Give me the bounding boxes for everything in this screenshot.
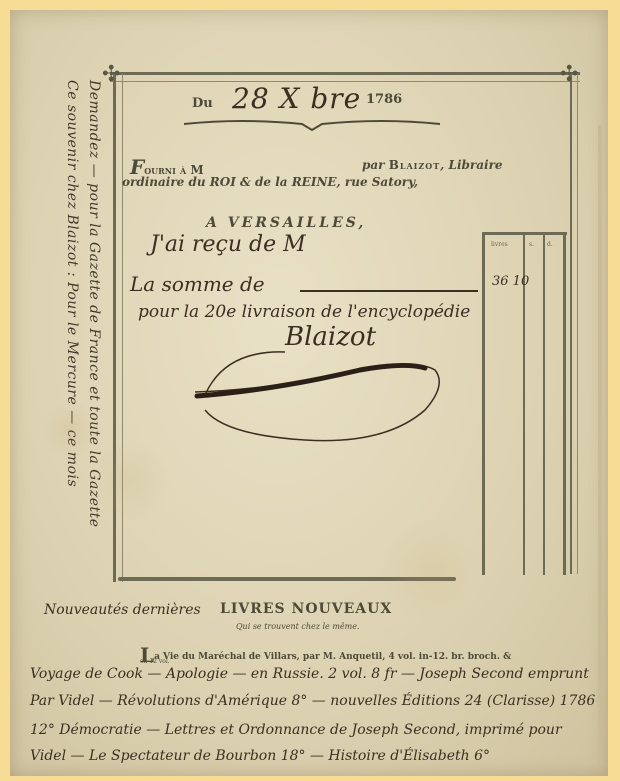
new-books-handwritten-prefix: Nouveautés dernières [44,602,201,618]
frame-right-rule [570,74,578,574]
date-handwritten: 28 X bre [232,82,361,115]
column-header-livres: livres [491,241,508,248]
merchant-title: , Libraire [440,158,502,172]
column-header-sous: s. [529,241,534,248]
handwritten-list-line-4: Videl — Le Spectateur de Bourbon 18° — H… [30,748,490,764]
column-divider [543,235,545,575]
merchant-city: A VERSAILLES, [206,215,366,231]
frame-bottom-rule [118,577,456,581]
column-divider [563,235,566,575]
corner-ornament-icon: ✣ [102,64,120,86]
date-year: 1786 [366,92,402,107]
new-books-heading: LIVRES NOUVEAUX [220,601,392,617]
receipt-line-1: J'ai reçu de M [150,232,306,257]
receipt-amount: 36 10 [492,274,529,289]
frame-left-rule [113,74,123,582]
margin-note-line-1: Ce souvenir chez Blaizot : Pour le Mercu… [64,80,80,487]
strike-line [300,290,478,292]
merchant-address: ordinaire du ROI & de la REINE, rue Sato… [122,175,418,189]
handwritten-list-line-1: Voyage de Cook — Apologie — en Russie. 2… [30,666,589,682]
signature-paraph-icon [185,340,455,450]
paper-edge [598,125,602,765]
frame-top-rule [110,72,580,82]
document-sheet: ✣ ✣ livres s. d. Du 28 X bre 1786 Fourni… [10,10,608,776]
column-header-deniers: d. [547,241,553,248]
corner-ornament-icon: ✣ [560,64,578,86]
merchant-name: Blaizot [389,158,440,172]
margin-note: Ce souvenir chez Blaizot : Pour le Mercu… [40,80,70,600]
par-text: par [362,158,385,172]
handwritten-list-line-3: 12° Démocratie — Lettres et Ordonnance d… [30,722,562,738]
margin-note-line-2: Demandez — pour la Gazette de France et … [86,80,102,528]
receipt-line-3: pour la 20e livraison de l'encyclopédie [138,302,470,322]
date-flourish-icon [182,118,442,132]
new-books-first-entry: La Vie du Maréchal de Villars, par M. An… [140,643,511,667]
new-books-subheading: Qui se trouvent chez le même. [236,622,360,631]
merchant-name-line: par Blaizot, Libraire [362,158,503,172]
receipt-line-2: La somme de [130,272,265,296]
first-entry-text: a Vie du Maréchal de Villars, par M. Anq… [154,652,511,662]
date-label: Du [192,96,213,111]
handwritten-list-line-2: Par Videl — Révolutions d'Amérique 8° — … [30,693,595,709]
first-entry-continuation: en 12 vol. [140,658,170,665]
